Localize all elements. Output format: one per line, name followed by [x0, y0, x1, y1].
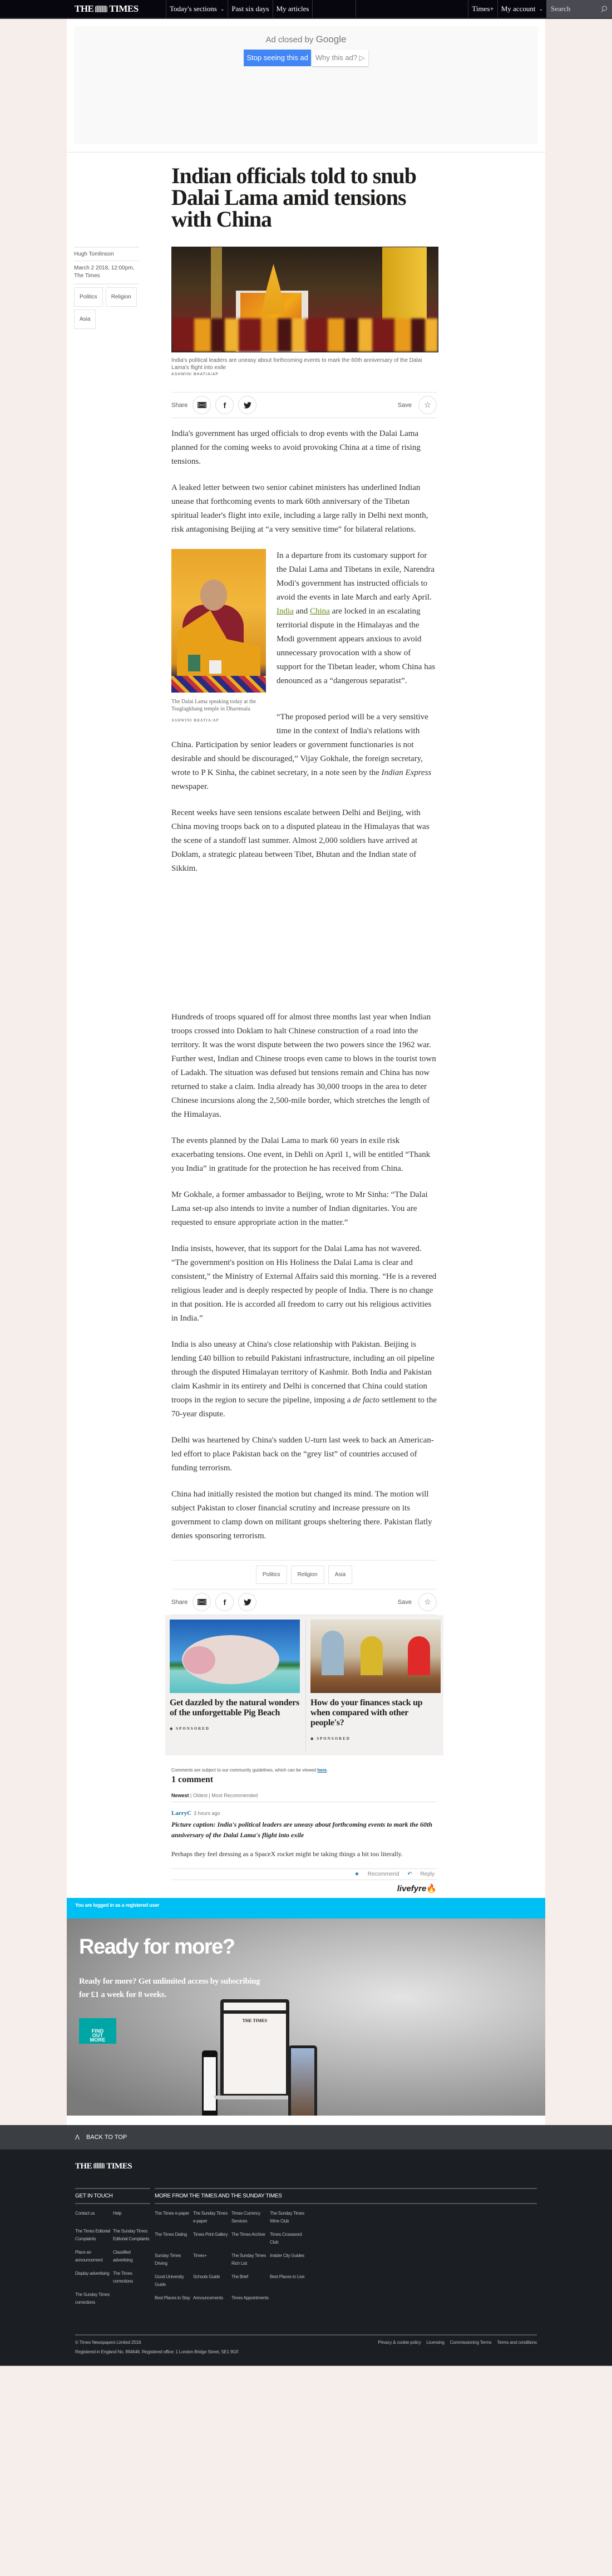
flame-icon: 🔥 — [426, 1884, 437, 1893]
guidelines-link[interactable]: here — [317, 1768, 327, 1773]
paragraph: India insists, however, that its support… — [171, 1242, 437, 1326]
sponsored-content: Get dazzled by the natural wonders of th… — [165, 1615, 443, 1755]
footer-link[interactable]: The Times corrections — [113, 2264, 150, 2285]
stop-seeing-ad-button[interactable]: Stop seeing this ad — [244, 50, 311, 66]
why-this-ad-button[interactable]: Why this ad? ▷ — [312, 50, 368, 66]
sponsored-title: How do your finances stack up when compa… — [310, 1698, 439, 1728]
paragraph: The events planned by the Dalai Lama to … — [171, 1134, 437, 1176]
nav-my-articles[interactable]: My articles — [273, 0, 313, 18]
legal-links: Privacy & cookie policy Licensing Commis… — [378, 2340, 537, 2354]
email-icon — [198, 402, 206, 408]
footer-link[interactable]: The Sunday Times Wine Club — [270, 2204, 308, 2225]
star-icon: ★ — [354, 1871, 359, 1877]
author-name[interactable]: Hugh Tomlinson — [74, 247, 139, 261]
twitter-icon — [244, 1599, 251, 1606]
nav-label: Today's sections — [170, 4, 217, 13]
hero-image — [171, 247, 438, 352]
link-china[interactable]: China — [310, 607, 330, 616]
footer-link[interactable]: Times+ — [193, 2246, 231, 2268]
site-footer: THETIMES GET IN TOUCH Contact us Help Th… — [0, 2150, 612, 2366]
nav-label: Times+ — [472, 4, 493, 13]
article-content: India's political leaders are uneasy abo… — [171, 247, 437, 1898]
footer-link[interactable]: Times Crossword Club — [270, 2225, 308, 2246]
diamond-icon: ◆ — [170, 1726, 174, 1731]
sponsored-label: ◆ SPONSORED — [310, 1736, 439, 1741]
tablet-device-image — [288, 2045, 317, 2116]
comment-text: Perhaps they feel dressing as a SpaceX r… — [171, 1849, 437, 1859]
adchoices-icon: ▷ — [359, 53, 365, 62]
chevron-down-icon: ⌄ — [539, 6, 543, 12]
share-bar-bottom: Share f Save ☆ — [171, 1589, 437, 1615]
footer-link[interactable]: The Sunday Times Rich List — [231, 2246, 269, 2268]
footer-link[interactable]: Times Currency Services — [231, 2204, 269, 2225]
footer-get-in-touch: GET IN TOUCH Contact us Help The Times E… — [75, 2188, 150, 2307]
sponsored-card[interactable]: Get dazzled by the natural wonders of th… — [170, 1620, 301, 1751]
footer-link[interactable]: Schools Guide — [193, 2268, 231, 2289]
article: Indian officials told to snub Dalai Lama… — [67, 153, 545, 1898]
tag-religion[interactable]: Religion — [291, 1566, 324, 1584]
share-twitter-button[interactable] — [238, 396, 256, 414]
paragraph: Recent weeks have seen tensions escalate… — [171, 806, 437, 876]
nav-divider — [312, 0, 356, 18]
comment-sort: Newest | Oldest | Most Recommended — [171, 1793, 437, 1802]
share-label: Share — [171, 1599, 187, 1606]
footer-logo[interactable]: THETIMES — [75, 2162, 537, 2171]
chevron-up-icon: Λ — [75, 2133, 80, 2141]
footer-link[interactable]: Help — [113, 2204, 150, 2222]
paragraph: India is also uneasy at China's close re… — [171, 1338, 437, 1421]
paragraph: India's government has urged officials t… — [171, 427, 437, 469]
save-button[interactable]: ☆ — [418, 396, 437, 414]
paragraph: Mr Gokhale, a former ambassador to Beiji… — [171, 1188, 437, 1230]
comment-author[interactable]: LarryC — [171, 1810, 191, 1817]
comment-quote: Picture caption: India's political leade… — [171, 1819, 437, 1841]
privacy-link[interactable]: Privacy & cookie policy — [378, 2340, 421, 2345]
promo-title: Ready for more? — [79, 1935, 545, 1959]
search-input[interactable]: Search — [546, 0, 612, 18]
sponsored-card[interactable]: How do your finances stack up when compa… — [305, 1620, 439, 1751]
comments-section: Comments are subject to our community gu… — [171, 1768, 437, 1898]
footer-bottom: © Times Newspapers Limited 2018. Registe… — [75, 2334, 537, 2354]
page-bottom — [0, 2366, 612, 2374]
footer-link[interactable]: Good University Guide — [155, 2268, 193, 2289]
diamond-icon: ◆ — [310, 1736, 314, 1741]
nav-times-plus[interactable]: Times+ — [468, 0, 497, 18]
twitter-icon — [244, 402, 251, 409]
empty-ad-space — [171, 876, 437, 998]
share-email-button[interactable] — [193, 1593, 211, 1611]
promo-subtitle: Ready for more? Get unlimited access by … — [79, 1975, 263, 2001]
crest-icon — [93, 2163, 105, 2168]
sponsored-label: ◆ SPONSORED — [170, 1726, 301, 1731]
save-button[interactable]: ☆ — [418, 1593, 437, 1611]
footer-link[interactable]: Place an announcement — [75, 2243, 112, 2264]
save-label: Save — [398, 1599, 412, 1606]
nav-my-account[interactable]: My account⌄ — [497, 0, 546, 18]
comment-time: 3 hours ago — [194, 1810, 220, 1816]
comment-actions: ★ Recommend ↶ Reply — [171, 1868, 437, 1880]
reply-button[interactable]: ↶ Reply — [407, 1871, 435, 1877]
google-wordmark: Google — [316, 34, 347, 45]
email-icon — [198, 1599, 206, 1605]
link-india[interactable]: India — [277, 607, 294, 616]
publish-date: March 2 2018, 12:00pm,The Times — [74, 261, 139, 283]
paragraph: China had initially resisted the motion … — [171, 1488, 437, 1543]
reply-arrow-icon: ↶ — [407, 1871, 412, 1877]
sponsored-title: Get dazzled by the natural wonders of th… — [170, 1698, 301, 1718]
logged-in-banner: You are logged in as a registered user — [67, 1898, 545, 1918]
share-email-button[interactable] — [193, 396, 211, 414]
sort-oldest[interactable]: Oldest — [193, 1793, 208, 1798]
share-label: Share — [171, 402, 187, 409]
figure-caption: The Dalai Lama speaking today at the Tsu… — [171, 698, 267, 713]
footer-link[interactable]: The Brief — [231, 2268, 269, 2289]
footer-link[interactable]: Best Places to Live — [270, 2268, 308, 2289]
share-bar: Share f Save ☆ — [171, 392, 437, 418]
footer-link[interactable]: Classified advertising — [113, 2243, 150, 2264]
tag-politics[interactable]: Politics — [74, 287, 103, 307]
dalai-lama-image — [171, 549, 266, 693]
share-facebook-button[interactable]: f — [215, 1593, 234, 1611]
nav-past-six-days[interactable]: Past six days — [228, 0, 272, 18]
article-body: India's government has urged officials t… — [171, 427, 437, 1543]
facebook-icon: f — [224, 401, 226, 410]
footer-link[interactable]: Announcements — [193, 2289, 231, 2307]
chevron-down-icon: ⌄ — [220, 6, 225, 12]
tag-asia[interactable]: Asia — [328, 1566, 352, 1584]
community-guidelines: Comments are subject to our community gu… — [171, 1768, 437, 1773]
paragraph: Delhi was heartened by China's sudden U-… — [171, 1434, 437, 1475]
hero-caption: India's political leaders are uneasy abo… — [171, 357, 437, 371]
paragraph: Hundreds of troops squared off for almos… — [171, 1010, 437, 1122]
share-facebook-button[interactable]: f — [215, 396, 234, 414]
topic-tags: Politics Religion Asia — [74, 283, 139, 329]
nav-todays-sections[interactable]: Today's sections⌄ — [166, 0, 228, 18]
tag-religion[interactable]: Religion — [106, 287, 137, 307]
figure-credit: ASHWINI BHATIA/AP — [171, 714, 267, 728]
footer-link[interactable]: The Times Dating — [155, 2225, 193, 2246]
ad-slot: Ad closed by Google Stop seeing this ad … — [67, 19, 545, 152]
nav-gap — [356, 0, 468, 18]
phone-device-image — [202, 2050, 218, 2116]
tag-asia[interactable]: Asia — [74, 310, 96, 329]
times-logo[interactable]: THE TIMESTHETIMES — [67, 0, 166, 18]
comment-count: 1 comment — [171, 1775, 437, 1785]
inline-figure: The Dalai Lama speaking today at the Tsu… — [171, 549, 267, 728]
laptop-base — [214, 2096, 296, 2099]
nav-label: My account — [501, 4, 536, 13]
women-dining-image — [310, 1620, 441, 1693]
bottom-topic-tags: Politics Religion Asia — [171, 1561, 437, 1589]
star-icon: ☆ — [424, 1597, 431, 1607]
footer-link[interactable]: The Times e-paper — [155, 2204, 193, 2225]
find-out-more-button[interactable]: FIND OUT MORE — [79, 2018, 116, 2044]
ad-closed-text: Ad closed by Google — [74, 34, 538, 45]
share-twitter-button[interactable] — [238, 1593, 256, 1611]
hero-credit: ASHWINI BHATIA/AP — [171, 372, 437, 376]
footer-link[interactable]: The Times Editorial Complaints — [75, 2222, 112, 2243]
paragraph: A leaked letter between two senior cabin… — [171, 481, 437, 537]
commissioning-terms-link[interactable]: Commissioning Terms — [450, 2340, 492, 2345]
facebook-icon: f — [224, 1598, 226, 1607]
footer-heading: MORE FROM THE TIMES AND THE SUNDAY TIMES — [155, 2188, 537, 2204]
footer-link[interactable]: The Sunday Times Editorial Complaints — [113, 2222, 150, 2243]
page-container: Ad closed by Google Stop seeing this ad … — [67, 19, 545, 2125]
footer-heading: GET IN TOUCH — [75, 2188, 150, 2204]
recommend-button[interactable]: ★ Recommend — [354, 1871, 399, 1877]
footer-link[interactable]: Best Places to Stay — [155, 2289, 193, 2307]
search-icon[interactable] — [601, 6, 608, 13]
terms-link[interactable]: Terms and conditions — [497, 2340, 537, 2345]
licensing-link[interactable]: Licensing — [427, 2340, 445, 2345]
footer-link[interactable]: Display advertising — [75, 2264, 112, 2285]
nav-label: Past six days — [231, 4, 269, 13]
save-label: Save — [398, 402, 412, 409]
tag-politics[interactable]: Politics — [256, 1566, 287, 1584]
footer-link[interactable]: The Sunday Times e-paper — [193, 2204, 231, 2225]
comment-item: LarryC3 hours ago Picture caption: India… — [171, 1810, 437, 1880]
article-headline: Indian officials told to snub Dalai Lama… — [171, 153, 450, 230]
laptop-device-image: THE TIMES — [220, 1999, 289, 2097]
article-meta: Hugh Tomlinson March 2 2018, 12:00pm,The… — [74, 247, 139, 1898]
footer-link[interactable]: The Sunday Times corrections — [75, 2285, 112, 2307]
livefyre-logo: livefyre🔥 — [171, 1883, 437, 1898]
top-navigation: THE TIMESTHETIMES Today's sections⌄ Past… — [0, 0, 612, 19]
footer-link[interactable]: Times Print Gallery — [193, 2225, 231, 2246]
footer-more-from: MORE FROM THE TIMES AND THE SUNDAY TIMES… — [155, 2188, 537, 2307]
registered-office: Registered in England No. 894646. Regist… — [75, 2349, 239, 2354]
sort-newest[interactable]: Newest — [171, 1793, 189, 1798]
footer-link[interactable]: Sunday Times Driving — [155, 2246, 193, 2268]
copyright: © Times Newspapers Limited 2018. — [75, 2340, 239, 2345]
search-placeholder: Search — [551, 4, 570, 13]
star-icon: ☆ — [424, 400, 431, 410]
subscribe-promo: Ready for more? Ready for more? Get unli… — [67, 1918, 545, 2116]
footer-link[interactable]: Contact us — [75, 2204, 112, 2222]
nav-label: My articles — [277, 4, 309, 13]
footer-link[interactable]: The Times Archive — [231, 2225, 269, 2246]
crest-icon — [95, 6, 107, 12]
back-to-top-button[interactable]: ΛBACK TO TOP — [0, 2125, 612, 2150]
pig-beach-image — [170, 1620, 300, 1693]
footer-link[interactable]: Times Appointments — [231, 2289, 269, 2307]
sort-most-recommended[interactable]: Most Recommended — [211, 1793, 258, 1798]
ad-closed-panel: Ad closed by Google Stop seeing this ad … — [74, 26, 538, 144]
footer-link[interactable]: Insider City Guides — [270, 2246, 308, 2268]
